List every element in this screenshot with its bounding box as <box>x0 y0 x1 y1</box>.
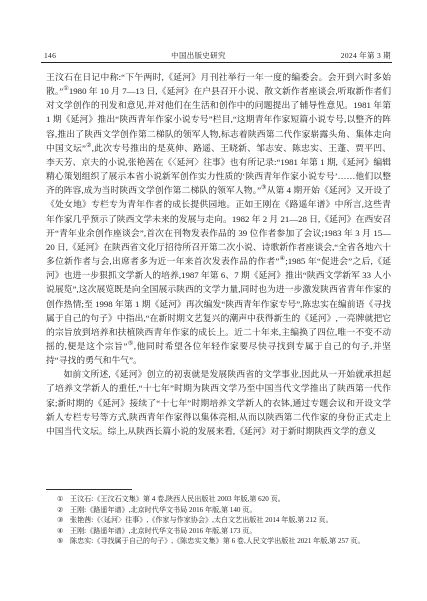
footnote-item: ③张艳茜:《〈延河〉往事》,《作家与作家协会》,太白文艺出版社 2014 年版,… <box>57 515 389 526</box>
footnote-text: 张艳茜:《〈延河〉往事》,《作家与作家协会》,太白文艺出版社 2014 年版,第… <box>70 515 389 526</box>
footnote-marker: ③ <box>57 515 70 526</box>
footnote-text: 王刚:《路遥年谱》,北京时代华文书局 2016 年版,第 140 页。 <box>70 505 389 516</box>
footnote-ref: ② <box>86 143 92 149</box>
footnote-ref: ⑤ <box>127 341 133 347</box>
footnote-separator <box>46 489 132 490</box>
header-rule <box>41 62 392 63</box>
footnote-marker: ① <box>57 494 70 505</box>
footnote-marker: ⑤ <box>57 536 70 547</box>
footnote-ref: ① <box>63 86 69 92</box>
issue-label: 2024 年第 3 期 <box>341 50 391 61</box>
article-body: 王汶石在日记中称:“下午两时,《延河》月刊社举行一年一度的编委会。会开到六时多始… <box>46 70 391 452</box>
journal-title: 中国出版史研究 <box>171 50 226 61</box>
footnote-item: ⑤陈忠实:《寻找属于自己的句子》,《陈忠实文集》第 6 卷,人民文学出版社 20… <box>57 536 389 547</box>
journal-page: 146 中国出版史研究 2024 年第 3 期 王汶石在日记中称:“下午两时,《… <box>0 0 427 601</box>
footnote-marker: ② <box>57 505 70 516</box>
footnote-ref: ④ <box>279 256 285 262</box>
footnote-item: ④王刚:《路遥年谱》,北京时代华文书局 2016 年版,第 173 页。 <box>57 526 389 537</box>
footnote-item: ②王刚:《路遥年谱》,北京时代华文书局 2016 年版,第 140 页。 <box>57 505 389 516</box>
body-paragraph: 如前文所述,《延河》创立的初衷就是发展陕西省的文学事业,因此从一开始就承担起了培… <box>46 367 391 438</box>
footnote-text: 陈忠实:《寻找属于自己的句子》,《陈忠实文集》第 6 卷,人民文学出版社 202… <box>70 536 389 547</box>
footnote-list: ①王汶石:《王汶石文集》第 4 卷,陕西人民出版社 2003 年版,第 620 … <box>57 494 389 547</box>
footnote-text: 王刚:《路遥年谱》,北京时代华文书局 2016 年版,第 173 页。 <box>70 526 389 537</box>
footnote-ref: ③ <box>261 185 267 191</box>
body-paragraph: 王汶石在日记中称:“下午两时,《延河》月刊社举行一年一度的编委会。会开到六时多始… <box>46 70 391 367</box>
footnote-text: 王汶石:《王汶石文集》第 4 卷,陕西人民出版社 2003 年版,第 620 页… <box>70 494 389 505</box>
page-header: 146 中国出版史研究 2024 年第 3 期 <box>44 50 391 61</box>
footnote-item: ①王汶石:《王汶石文集》第 4 卷,陕西人民出版社 2003 年版,第 620 … <box>57 494 389 505</box>
footnote-marker: ④ <box>57 526 70 537</box>
page-number: 146 <box>44 51 56 60</box>
